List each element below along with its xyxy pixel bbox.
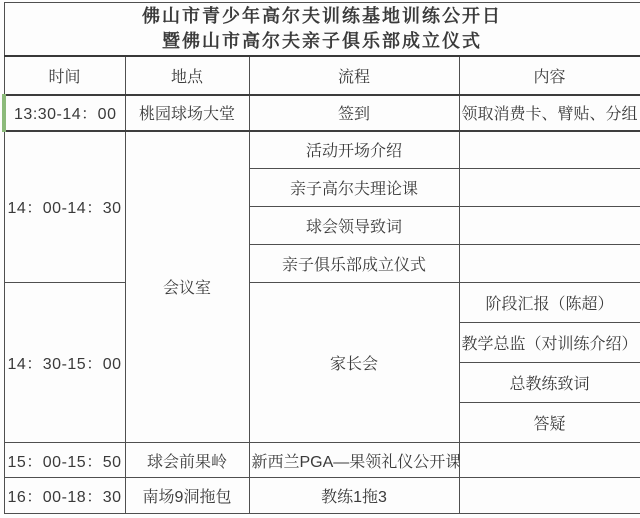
time-cell: 14：30-15：00: [4, 283, 125, 443]
time-cell: 16：00-18：30: [4, 478, 125, 514]
table-title-line1: 佛山市青少年高尔夫训练基地训练公开日: [7, 4, 638, 29]
content-cell: [459, 131, 640, 169]
table-title-line2: 暨佛山市高尔夫亲子俱乐部成立仪式: [7, 29, 638, 54]
content-cell: 阶段汇报（陈超）: [459, 283, 640, 323]
content-cell: 总教练致词: [459, 363, 640, 403]
process-cell: 亲子俱乐部成立仪式: [249, 245, 459, 283]
process-cell: 亲子高尔夫理论课: [249, 169, 459, 207]
content-cell: 答疑: [459, 403, 640, 443]
content-cell: [459, 169, 640, 207]
column-header-location: 地点: [125, 56, 249, 95]
content-cell: [459, 478, 640, 514]
table-title: 佛山市青少年高尔夫训练基地训练公开日 暨佛山市高尔夫亲子俱乐部成立仪式: [4, 3, 640, 56]
schedule-page: 佛山市青少年高尔夫训练基地训练公开日 暨佛山市高尔夫亲子俱乐部成立仪式 时间 地…: [0, 0, 640, 518]
location-cell: 桃园球场大堂: [125, 95, 249, 131]
process-cell: 签到: [249, 95, 459, 131]
content-cell: 领取消费卡、臂贴、分组: [459, 95, 640, 131]
schedule-table: 佛山市青少年高尔夫训练基地训练公开日 暨佛山市高尔夫亲子俱乐部成立仪式 时间 地…: [2, 2, 640, 514]
content-cell: [459, 207, 640, 245]
location-cell: 球会前果岭: [125, 443, 249, 478]
process-cell: 新西兰PGA—果领礼仪公开课: [249, 443, 459, 478]
column-header-time: 时间: [4, 56, 125, 95]
content-cell: 教学总监（对训练介绍）: [459, 323, 640, 363]
process-cell: 球会领导致词: [249, 207, 459, 245]
content-cell: [459, 443, 640, 478]
process-cell: 活动开场介绍: [249, 131, 459, 169]
content-cell: [459, 245, 640, 283]
time-cell: 14：00-14：30: [4, 131, 125, 283]
process-cell: 教练1拖3: [249, 478, 459, 514]
time-cell: 13:30-14：00: [4, 95, 125, 131]
time-cell: 15：00-15：50: [4, 443, 125, 478]
column-header-process: 流程: [249, 56, 459, 95]
process-cell: 家长会: [249, 283, 459, 443]
column-header-content: 内容: [459, 56, 640, 95]
location-cell: 会议室: [125, 131, 249, 443]
location-cell: 南场9洞拖包: [125, 478, 249, 514]
